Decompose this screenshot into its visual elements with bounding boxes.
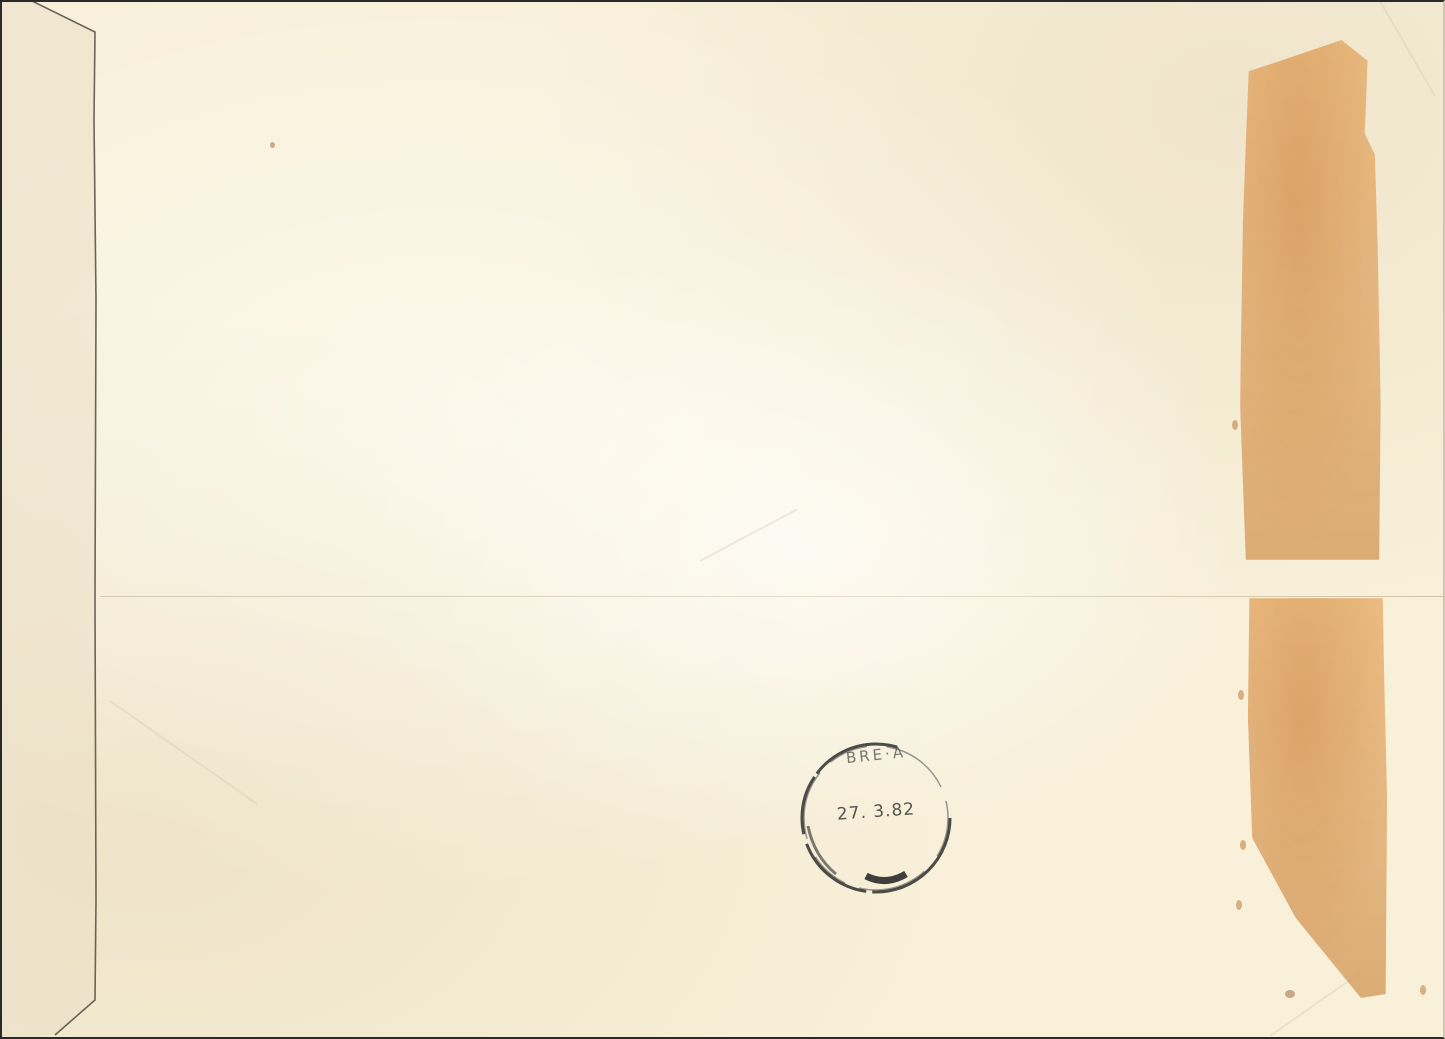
crease [1269, 972, 1360, 1037]
envelope-border [0, 0, 1445, 1039]
stain-speck [1238, 690, 1244, 700]
crease [1379, 1, 1436, 97]
postmark: BRE·A 27. 3.82 [796, 736, 956, 898]
tape-stain-top [1240, 40, 1385, 560]
crease [109, 700, 258, 805]
stain-speck [1240, 840, 1246, 850]
envelope-scan: BRE·A 27. 3.82 [0, 0, 1445, 1039]
crease [700, 508, 798, 561]
stain-speck [1285, 990, 1295, 998]
stain-speck [1236, 900, 1242, 910]
tape-stain-bottom [1245, 598, 1390, 998]
left-flap [0, 0, 97, 1039]
fold-line [100, 596, 1445, 597]
stain-speck [1420, 985, 1426, 995]
stain-speck [270, 142, 275, 148]
stain-speck [1232, 420, 1238, 430]
